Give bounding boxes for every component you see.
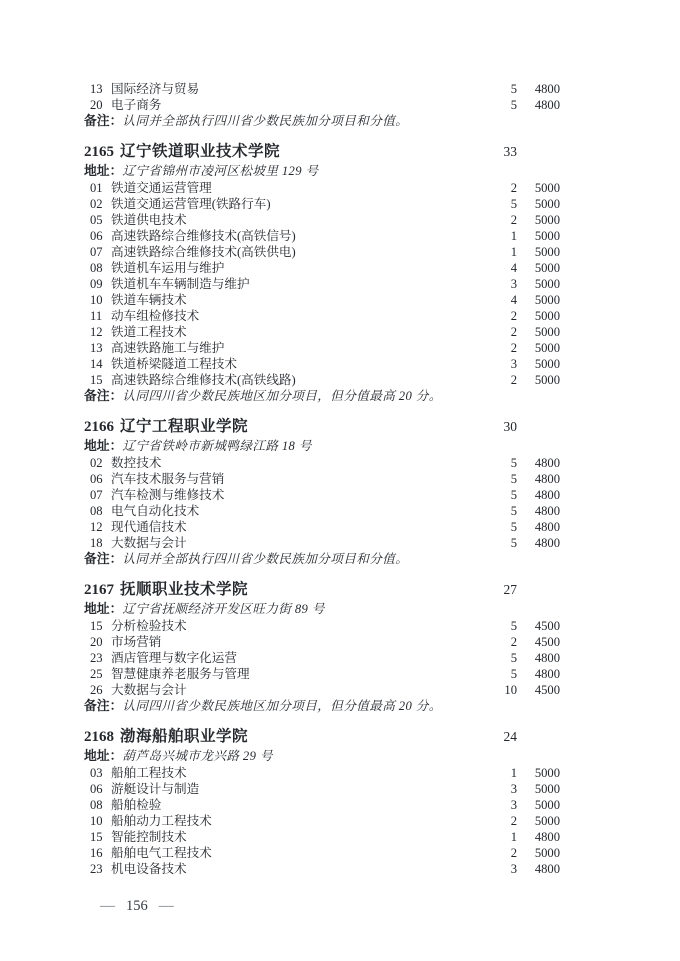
program-fee: 4800 (517, 471, 560, 487)
program-fee: 4800 (517, 650, 560, 666)
program-count: 3 (477, 797, 517, 813)
program-number: 11 (90, 308, 105, 324)
program-fee: 5000 (517, 372, 560, 388)
program-number: 08 (90, 503, 105, 519)
school-name: 抚顺职业技术学院 (120, 580, 477, 600)
program-count: 3 (477, 276, 517, 292)
program-fee: 5000 (517, 765, 560, 781)
program-fee: 4800 (517, 861, 560, 877)
program-count: 2 (477, 340, 517, 356)
program-fee: 4500 (517, 618, 560, 634)
continued-note: 备注：认同并全部执行四川省少数民族加分项目和分值。 (84, 113, 560, 129)
program-number: 02 (90, 196, 105, 212)
program-row: 03 船舶工程技术 1 5000 (84, 765, 560, 781)
section-note: 备注：认同四川省少数民族地区加分项目，但分值最高 20 分。 (84, 698, 560, 714)
program-number: 12 (90, 519, 105, 535)
program-count: 1 (477, 765, 517, 781)
program-name: 汽车技术服务与营销 (105, 471, 477, 487)
program-name: 铁道交通运营管理 (105, 180, 477, 196)
program-fee: 5000 (517, 292, 560, 308)
program-fee: 4800 (517, 97, 560, 113)
program-fee: 4800 (517, 535, 560, 551)
program-name: 铁道交通运营管理(铁路行车) (105, 196, 477, 212)
school-name: 辽宁工程职业学院 (120, 417, 477, 437)
program-fee: 4800 (517, 503, 560, 519)
program-number: 06 (90, 471, 105, 487)
program-count: 5 (477, 196, 517, 212)
school-address: 地址：辽宁省铁岭市新城鸭绿江路 18 号 (84, 437, 560, 455)
program-name: 高速铁路综合维修技术(高铁线路) (105, 372, 477, 388)
address-label: 地址： (84, 163, 122, 178)
program-name: 数控技术 (105, 455, 477, 471)
program-number: 13 (90, 81, 105, 97)
program-count: 5 (477, 81, 517, 97)
program-count: 5 (477, 487, 517, 503)
section-rows: 01 铁道交通运营管理 2 5000 02 铁道交通运营管理(铁路行车) 5 5… (84, 180, 560, 388)
program-count: 2 (477, 845, 517, 861)
program-count: 5 (477, 535, 517, 551)
program-row: 06 高速铁路综合维修技术(高铁信号) 1 5000 (84, 228, 560, 244)
program-count: 1 (477, 244, 517, 260)
program-number: 14 (90, 356, 105, 372)
program-fee: 4800 (517, 455, 560, 471)
program-number: 08 (90, 797, 105, 813)
program-name: 国际经济与贸易 (105, 81, 477, 97)
program-row: 10 船舶动力工程技术 2 5000 (84, 813, 560, 829)
program-count: 1 (477, 829, 517, 845)
note-text: 认同四川省少数民族地区加分项目，但分值最高 20 分。 (122, 389, 441, 403)
program-number: 10 (90, 813, 105, 829)
page-footer: — 156 — (84, 898, 560, 915)
note-text: 认同并全部执行四川省少数民族加分项目和分值。 (122, 552, 408, 566)
program-count: 5 (477, 97, 517, 113)
program-count: 1 (477, 228, 517, 244)
program-row: 07 高速铁路综合维修技术(高铁供电) 1 5000 (84, 244, 560, 260)
program-count: 2 (477, 212, 517, 228)
program-row: 07 汽车检测与维修技术 5 4800 (84, 487, 560, 503)
program-fee: 4800 (517, 81, 560, 97)
program-number: 15 (90, 372, 105, 388)
school-code: 2168 (84, 727, 114, 747)
program-row: 15 高速铁路综合维修技术(高铁线路) 2 5000 (84, 372, 560, 388)
program-number: 23 (90, 861, 105, 877)
program-row: 12 铁道工程技术 2 5000 (84, 324, 560, 340)
school-section: 2167 抚顺职业技术学院 27 地址：辽宁省抚顺经济开发区旺力街 89 号 1… (84, 580, 560, 714)
program-number: 18 (90, 535, 105, 551)
section-note: 备注：认同并全部执行四川省少数民族加分项目和分值。 (84, 551, 560, 567)
section-rows: 15 分析检验技术 5 4500 20 市场营销 2 4500 23 酒店管理与… (84, 618, 560, 698)
program-count: 2 (477, 324, 517, 340)
program-row: 23 机电设备技术 3 4800 (84, 861, 560, 877)
continued-rows: 13 国际经济与贸易 5 4800 20 电子商务 5 4800 (84, 81, 560, 113)
program-fee: 5000 (517, 781, 560, 797)
program-count: 5 (477, 666, 517, 682)
program-number: 06 (90, 781, 105, 797)
program-count: 2 (477, 813, 517, 829)
program-name: 船舶工程技术 (105, 765, 477, 781)
program-fee: 5000 (517, 276, 560, 292)
program-fee: 4500 (517, 634, 560, 650)
program-fee: 5000 (517, 340, 560, 356)
program-name: 汽车检测与维修技术 (105, 487, 477, 503)
program-number: 05 (90, 212, 105, 228)
program-number: 08 (90, 260, 105, 276)
note-label: 备注： (84, 551, 122, 566)
school-code: 2167 (84, 580, 114, 600)
program-name: 铁道工程技术 (105, 324, 477, 340)
note-label: 备注： (84, 388, 122, 403)
program-row: 11 动车组检修技术 2 5000 (84, 308, 560, 324)
school-name: 渤海船舶职业学院 (120, 727, 477, 747)
school-header: 2166 辽宁工程职业学院 30 (84, 417, 560, 437)
program-count: 5 (477, 650, 517, 666)
school-code: 2166 (84, 417, 114, 437)
program-number: 15 (90, 618, 105, 634)
program-name: 船舶动力工程技术 (105, 813, 477, 829)
program-row: 05 铁道供电技术 2 5000 (84, 212, 560, 228)
program-name: 酒店管理与数字化运营 (105, 650, 477, 666)
program-row: 02 数控技术 5 4800 (84, 455, 560, 471)
section-rows: 03 船舶工程技术 1 5000 06 游艇设计与制造 3 5000 08 船舶… (84, 765, 560, 877)
program-fee: 4800 (517, 829, 560, 845)
footer-dash-left: — (100, 898, 115, 915)
program-row: 13 国际经济与贸易 5 4800 (84, 81, 560, 97)
note-text: 认同四川省少数民族地区加分项目，但分值最高 20 分。 (122, 699, 441, 713)
school-total: 24 (477, 727, 517, 747)
program-number: 25 (90, 666, 105, 682)
program-row: 20 电子商务 5 4800 (84, 97, 560, 113)
program-row: 08 铁道机车运用与维护 4 5000 (84, 260, 560, 276)
program-name: 高速铁路综合维修技术(高铁信号) (105, 228, 477, 244)
program-fee: 5000 (517, 228, 560, 244)
program-fee: 5000 (517, 324, 560, 340)
program-number: 07 (90, 487, 105, 503)
program-row: 14 铁道桥梁隧道工程技术 3 5000 (84, 356, 560, 372)
program-count: 5 (477, 519, 517, 535)
program-count: 2 (477, 180, 517, 196)
program-name: 智慧健康养老服务与管理 (105, 666, 477, 682)
address-text: 葫芦岛兴城市龙兴路 29 号 (122, 749, 272, 763)
section-rows: 02 数控技术 5 4800 06 汽车技术服务与营销 5 4800 07 汽车… (84, 455, 560, 551)
program-name: 船舶电气工程技术 (105, 845, 477, 861)
program-fee: 5000 (517, 180, 560, 196)
program-count: 3 (477, 861, 517, 877)
program-row: 26 大数据与会计 10 4500 (84, 682, 560, 698)
program-number: 09 (90, 276, 105, 292)
program-row: 18 大数据与会计 5 4800 (84, 535, 560, 551)
sections: 2165 辽宁铁道职业技术学院 33 地址：辽宁省锦州市凌河区松坡里 129 号… (84, 142, 560, 877)
program-name: 船舶检验 (105, 797, 477, 813)
program-name: 智能控制技术 (105, 829, 477, 845)
address-text: 辽宁省抚顺经济开发区旺力街 89 号 (122, 602, 324, 616)
program-name: 机电设备技术 (105, 861, 477, 877)
program-number: 10 (90, 292, 105, 308)
program-count: 3 (477, 781, 517, 797)
school-header: 2165 辽宁铁道职业技术学院 33 (84, 142, 560, 162)
program-fee: 4800 (517, 487, 560, 503)
program-name: 铁道机车车辆制造与维护 (105, 276, 477, 292)
address-text: 辽宁省锦州市凌河区松坡里 129 号 (122, 164, 318, 178)
program-row: 15 智能控制技术 1 4800 (84, 829, 560, 845)
program-fee: 5000 (517, 797, 560, 813)
school-address: 地址：辽宁省锦州市凌河区松坡里 129 号 (84, 162, 560, 180)
program-number: 02 (90, 455, 105, 471)
program-count: 2 (477, 308, 517, 324)
note-label: 备注： (84, 698, 122, 713)
school-address: 地址：辽宁省抚顺经济开发区旺力街 89 号 (84, 600, 560, 618)
program-name: 动车组检修技术 (105, 308, 477, 324)
program-fee: 5000 (517, 196, 560, 212)
program-name: 现代通信技术 (105, 519, 477, 535)
program-name: 市场营销 (105, 634, 477, 650)
program-number: 12 (90, 324, 105, 340)
program-count: 5 (477, 471, 517, 487)
program-row: 08 船舶检验 3 5000 (84, 797, 560, 813)
school-total: 30 (477, 417, 517, 437)
school-code: 2165 (84, 142, 114, 162)
program-row: 23 酒店管理与数字化运营 5 4800 (84, 650, 560, 666)
school-total: 33 (477, 142, 517, 162)
school-section: 2168 渤海船舶职业学院 24 地址：葫芦岛兴城市龙兴路 29 号 03 船舶… (84, 727, 560, 877)
program-count: 5 (477, 618, 517, 634)
program-name: 分析检验技术 (105, 618, 477, 634)
program-fee: 5000 (517, 845, 560, 861)
program-fee: 4800 (517, 666, 560, 682)
program-row: 06 汽车技术服务与营销 5 4800 (84, 471, 560, 487)
program-number: 01 (90, 180, 105, 196)
program-number: 16 (90, 845, 105, 861)
program-name: 大数据与会计 (105, 535, 477, 551)
program-count: 4 (477, 260, 517, 276)
program-count: 4 (477, 292, 517, 308)
program-name: 高速铁路综合维修技术(高铁供电) (105, 244, 477, 260)
program-name: 铁道车辆技术 (105, 292, 477, 308)
note-text: 认同并全部执行四川省少数民族加分项目和分值。 (122, 114, 408, 128)
program-row: 02 铁道交通运营管理(铁路行车) 5 5000 (84, 196, 560, 212)
program-number: 26 (90, 682, 105, 698)
program-count: 3 (477, 356, 517, 372)
program-number: 06 (90, 228, 105, 244)
program-fee: 5000 (517, 260, 560, 276)
program-row: 13 高速铁路施工与维护 2 5000 (84, 340, 560, 356)
program-row: 01 铁道交通运营管理 2 5000 (84, 180, 560, 196)
program-row: 25 智慧健康养老服务与管理 5 4800 (84, 666, 560, 682)
program-fee: 5000 (517, 308, 560, 324)
school-header: 2167 抚顺职业技术学院 27 (84, 580, 560, 600)
school-section: 2166 辽宁工程职业学院 30 地址：辽宁省铁岭市新城鸭绿江路 18 号 02… (84, 417, 560, 567)
program-fee: 5000 (517, 244, 560, 260)
program-row: 08 电气自动化技术 5 4800 (84, 503, 560, 519)
program-count: 10 (477, 682, 517, 698)
address-label: 地址： (84, 438, 122, 453)
program-name: 大数据与会计 (105, 682, 477, 698)
program-fee: 5000 (517, 356, 560, 372)
program-name: 铁道机车运用与维护 (105, 260, 477, 276)
program-row: 06 游艇设计与制造 3 5000 (84, 781, 560, 797)
school-section: 2165 辽宁铁道职业技术学院 33 地址：辽宁省锦州市凌河区松坡里 129 号… (84, 142, 560, 404)
program-row: 20 市场营销 2 4500 (84, 634, 560, 650)
address-text: 辽宁省铁岭市新城鸭绿江路 18 号 (122, 439, 311, 453)
program-fee: 4800 (517, 519, 560, 535)
section-note: 备注：认同四川省少数民族地区加分项目，但分值最高 20 分。 (84, 388, 560, 404)
page-number: 156 (126, 898, 148, 915)
program-row: 12 现代通信技术 5 4800 (84, 519, 560, 535)
program-name: 电气自动化技术 (105, 503, 477, 519)
program-name: 电子商务 (105, 97, 477, 113)
program-name: 游艇设计与制造 (105, 781, 477, 797)
program-fee: 5000 (517, 212, 560, 228)
address-label: 地址： (84, 748, 122, 763)
program-row: 15 分析检验技术 5 4500 (84, 618, 560, 634)
program-count: 2 (477, 634, 517, 650)
program-name: 高速铁路施工与维护 (105, 340, 477, 356)
school-header: 2168 渤海船舶职业学院 24 (84, 727, 560, 747)
program-number: 20 (90, 97, 105, 113)
program-row: 16 船舶电气工程技术 2 5000 (84, 845, 560, 861)
program-number: 23 (90, 650, 105, 666)
program-number: 20 (90, 634, 105, 650)
program-number: 15 (90, 829, 105, 845)
program-count: 2 (477, 372, 517, 388)
program-number: 13 (90, 340, 105, 356)
program-count: 5 (477, 503, 517, 519)
program-row: 09 铁道机车车辆制造与维护 3 5000 (84, 276, 560, 292)
program-count: 5 (477, 455, 517, 471)
continued-block: 13 国际经济与贸易 5 4800 20 电子商务 5 4800 备注：认同并全… (84, 81, 560, 129)
address-label: 地址： (84, 601, 122, 616)
program-name: 铁道桥梁隧道工程技术 (105, 356, 477, 372)
program-fee: 4500 (517, 682, 560, 698)
footer-dash-right: — (159, 898, 174, 915)
note-label: 备注： (84, 113, 122, 128)
program-number: 03 (90, 765, 105, 781)
document-page: 13 国际经济与贸易 5 4800 20 电子商务 5 4800 备注：认同并全… (0, 0, 680, 961)
program-row: 10 铁道车辆技术 4 5000 (84, 292, 560, 308)
program-fee: 5000 (517, 813, 560, 829)
school-total: 27 (477, 580, 517, 600)
program-name: 铁道供电技术 (105, 212, 477, 228)
school-name: 辽宁铁道职业技术学院 (120, 142, 477, 162)
program-number: 07 (90, 244, 105, 260)
school-address: 地址：葫芦岛兴城市龙兴路 29 号 (84, 747, 560, 765)
